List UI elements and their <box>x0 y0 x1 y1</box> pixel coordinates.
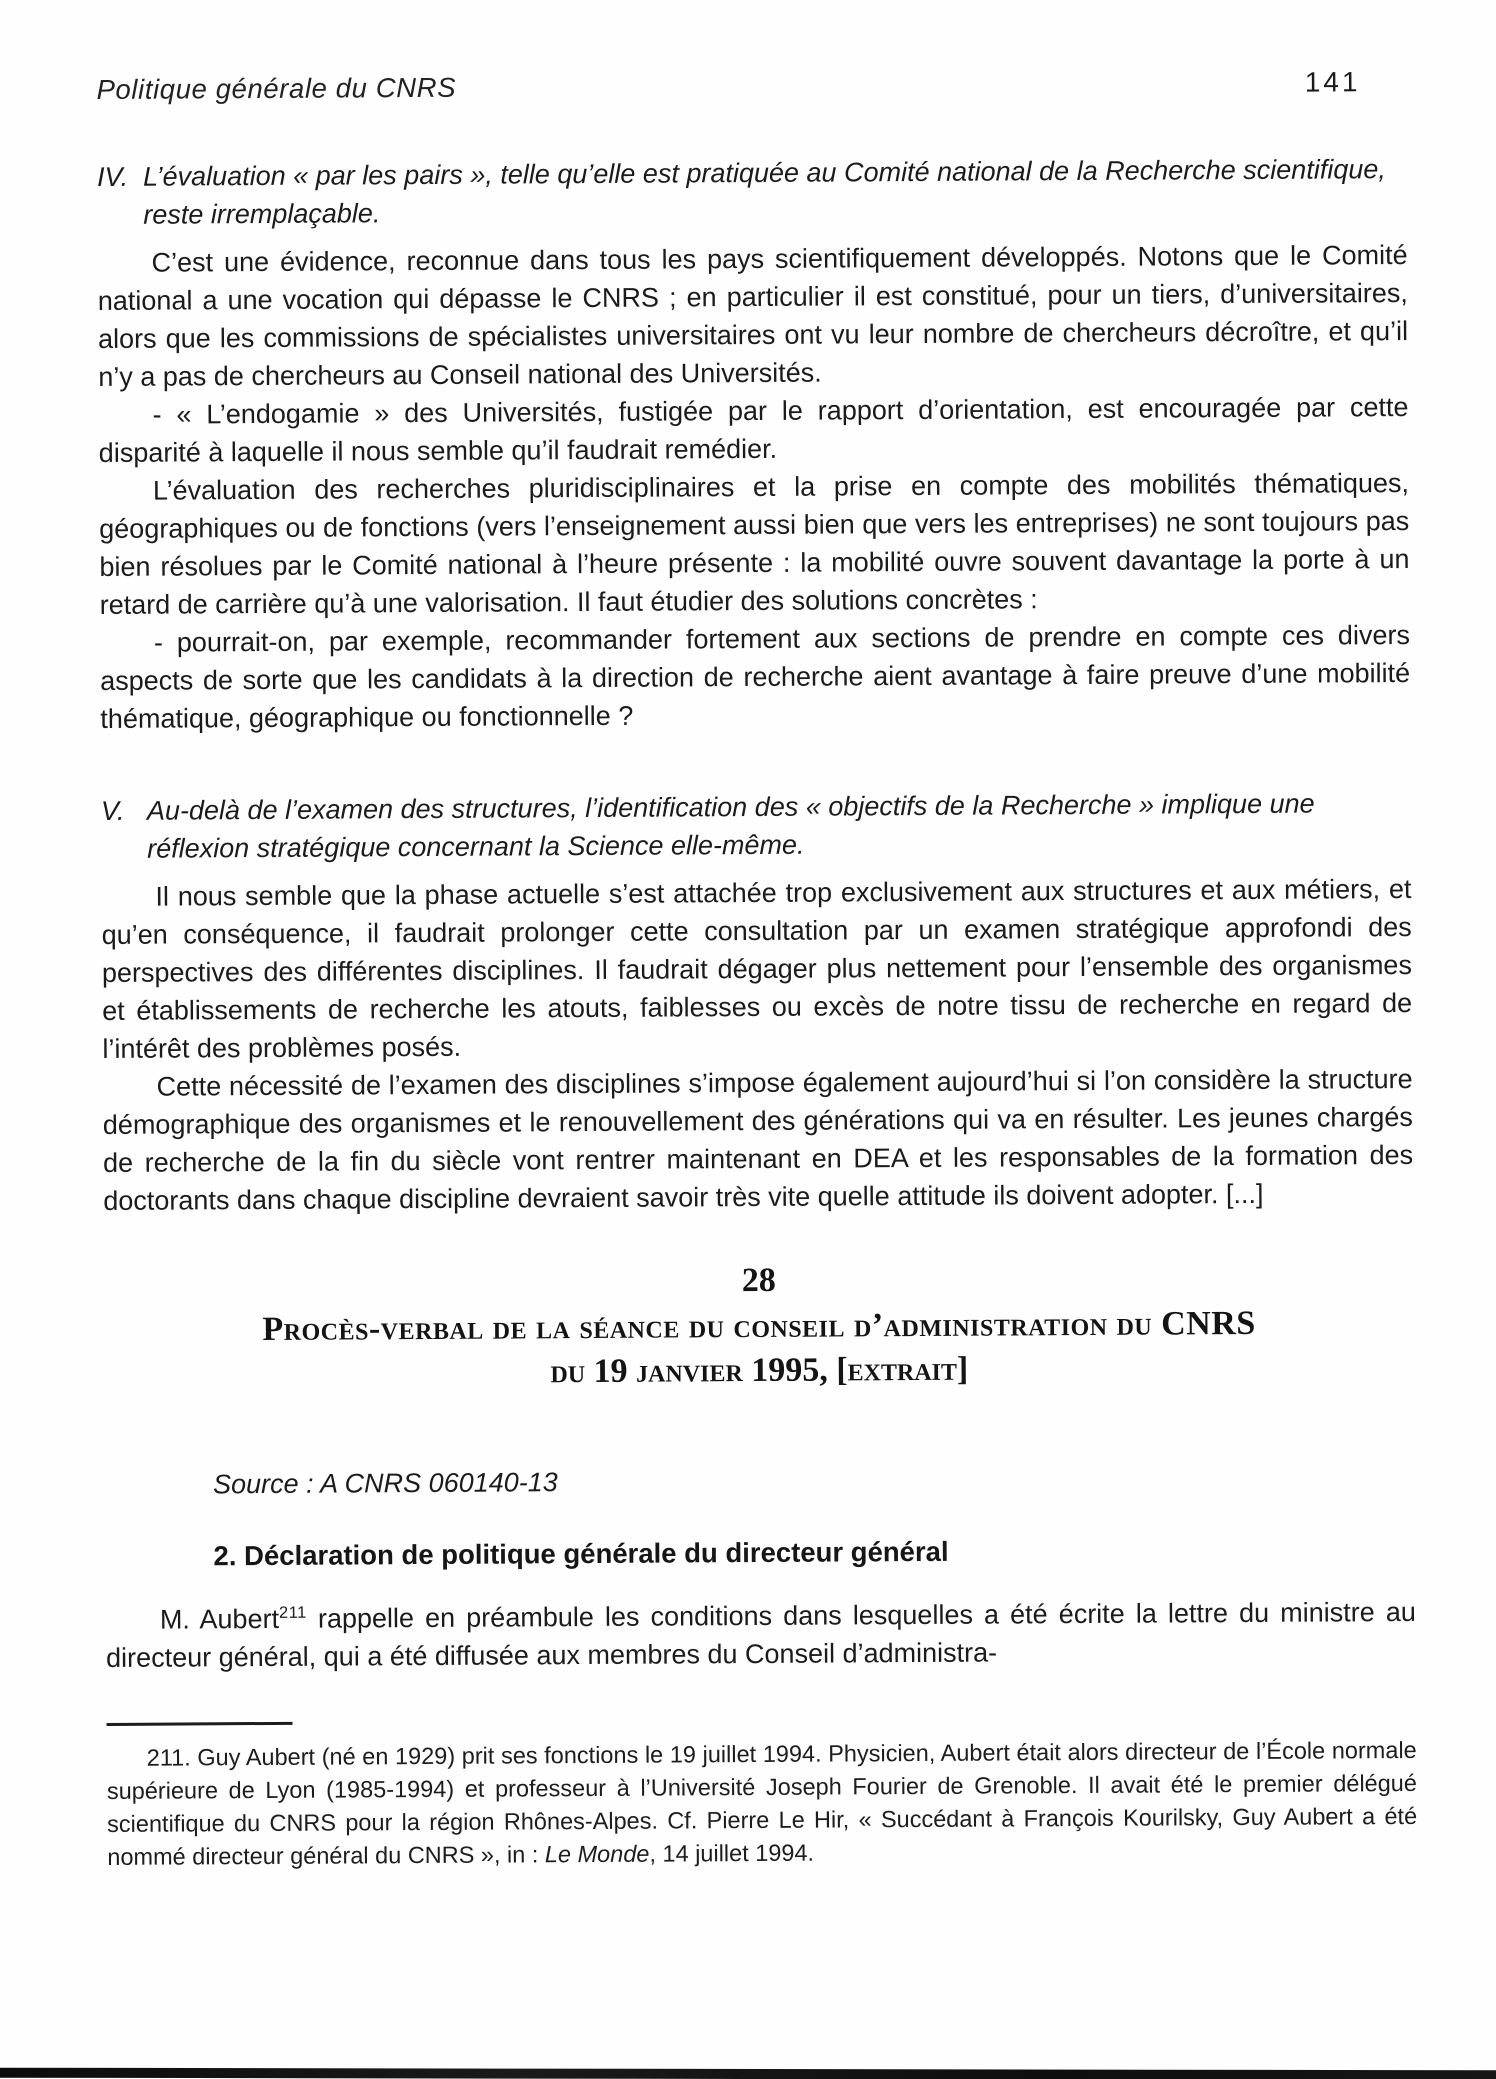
running-title: Politique générale du CNRS <box>96 72 456 106</box>
scan-edge-artifact <box>0 2068 1496 2079</box>
section-heading-v: V. Au-delà de l’examen des structures, l… <box>101 784 1411 868</box>
footnote: 211. Guy Aubert (né en 1929) prit ses fo… <box>107 1734 1418 1874</box>
body-block-iv: C’est une évidence, reconnue dans tous l… <box>97 236 1410 738</box>
paragraph: L’évaluation des recherches pluridiscipl… <box>99 464 1410 624</box>
footnote-number: 211. <box>147 1744 191 1770</box>
paragraph: - « L’endogamie » des Universités, fusti… <box>98 388 1408 472</box>
section-iv-title: L’évaluation « par les pairs », telle qu… <box>143 150 1407 234</box>
footnote-journal-title: Le Monde <box>545 1841 650 1868</box>
page-number: 141 <box>1305 66 1407 99</box>
document-number: 28 <box>104 1258 1414 1304</box>
footnote-separator <box>107 1722 293 1726</box>
page-content: Politique générale du CNRS 141 IV. L’éva… <box>96 0 1417 1874</box>
document-heading: 28 Procès-verbal de la séance du conseil… <box>104 1258 1415 1396</box>
paragraph: Cette nécessité de l’examen des discipli… <box>103 1060 1414 1220</box>
section-iv-label: IV. <box>97 158 143 234</box>
source-line: Source : A CNRS 060140-13 <box>105 1462 1415 1501</box>
document-title-line2: du 19 janvier 1995, [extrait] <box>104 1346 1414 1396</box>
subsection-heading: 2. Déclaration de politique générale du … <box>105 1533 1415 1573</box>
document-title-line1: Procès-verbal de la séance du conseil d’… <box>104 1302 1414 1352</box>
footnote-reference: 211 <box>279 1604 307 1622</box>
body-block-v: Il nous semble que la phase actuelle s’e… <box>101 870 1413 1220</box>
paragraph: - pourrait-on, par exemple, recommander … <box>100 616 1411 738</box>
footnote-text-end: , 14 juillet 1994. <box>649 1840 814 1867</box>
section-v-title: Au-delà de l’examen des structures, l’id… <box>147 784 1411 868</box>
section-heading-iv: IV. L’évaluation « par les pairs », tell… <box>97 150 1407 234</box>
scanned-book-page: Politique générale du CNRS 141 IV. L’éva… <box>0 0 1496 2079</box>
paragraph-lead: M. Aubert <box>160 1604 279 1635</box>
paragraph: C’est une évidence, reconnue dans tous l… <box>97 236 1408 396</box>
paragraph: Il nous semble que la phase actuelle s’e… <box>101 870 1412 1068</box>
running-head: Politique générale du CNRS 141 <box>96 0 1407 106</box>
section-v-label: V. <box>101 792 147 868</box>
paragraph-aubert: M. Aubert211 rappelle en préambule les c… <box>106 1593 1416 1677</box>
